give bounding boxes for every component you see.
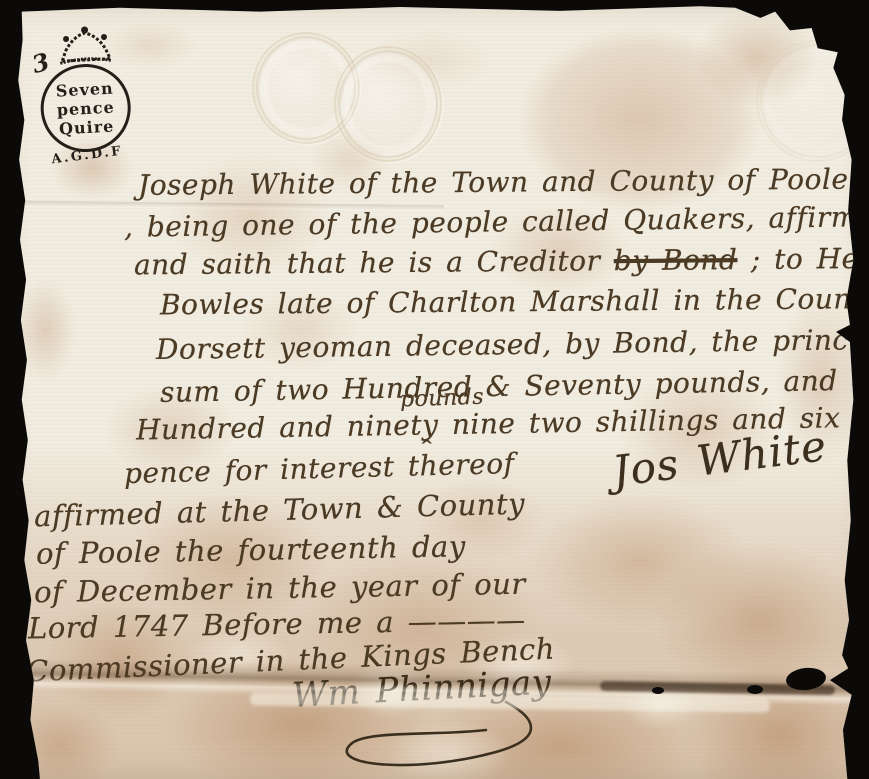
embossed-seal-icon bbox=[334, 46, 442, 162]
manuscript-line: of Poole the fourteenth day bbox=[36, 532, 466, 568]
seven-pence-per-quire-revenue-stamp: 3 Seven pence Quire A.G.D.F bbox=[22, 17, 150, 173]
photograph-of-1747-quaker-affirmation-document: 3 Seven pence Quire A.G.D.F Joseph White… bbox=[0, 0, 869, 779]
stamp-text-line: Quire bbox=[59, 116, 115, 138]
stamp-digit: 3 bbox=[29, 47, 53, 79]
aged-paper-sheet: 3 Seven pence Quire A.G.D.F Joseph White… bbox=[0, 0, 869, 779]
manuscript-line: Joseph White of the Town and County of P… bbox=[138, 164, 869, 200]
manuscript-line: Bowles late of Charlton Marshall in the … bbox=[160, 285, 869, 320]
manuscript-line-segment: and saith that he is a Creditor bbox=[134, 244, 614, 281]
manuscript-line: of December in the year of our bbox=[34, 570, 526, 608]
signature-flourish bbox=[296, 700, 596, 776]
tear-hole bbox=[747, 685, 763, 694]
struck-out-words: by Bond bbox=[614, 243, 738, 277]
tear-hole bbox=[652, 687, 664, 694]
embossed-seal-icon bbox=[756, 40, 869, 162]
stamp-ring: Seven pence Quire bbox=[38, 62, 132, 155]
manuscript-line: and saith that he is a Creditor by Bond … bbox=[134, 245, 869, 280]
crown-icon bbox=[50, 24, 120, 68]
manuscript-line-segment: ; to Henry bbox=[737, 242, 869, 276]
